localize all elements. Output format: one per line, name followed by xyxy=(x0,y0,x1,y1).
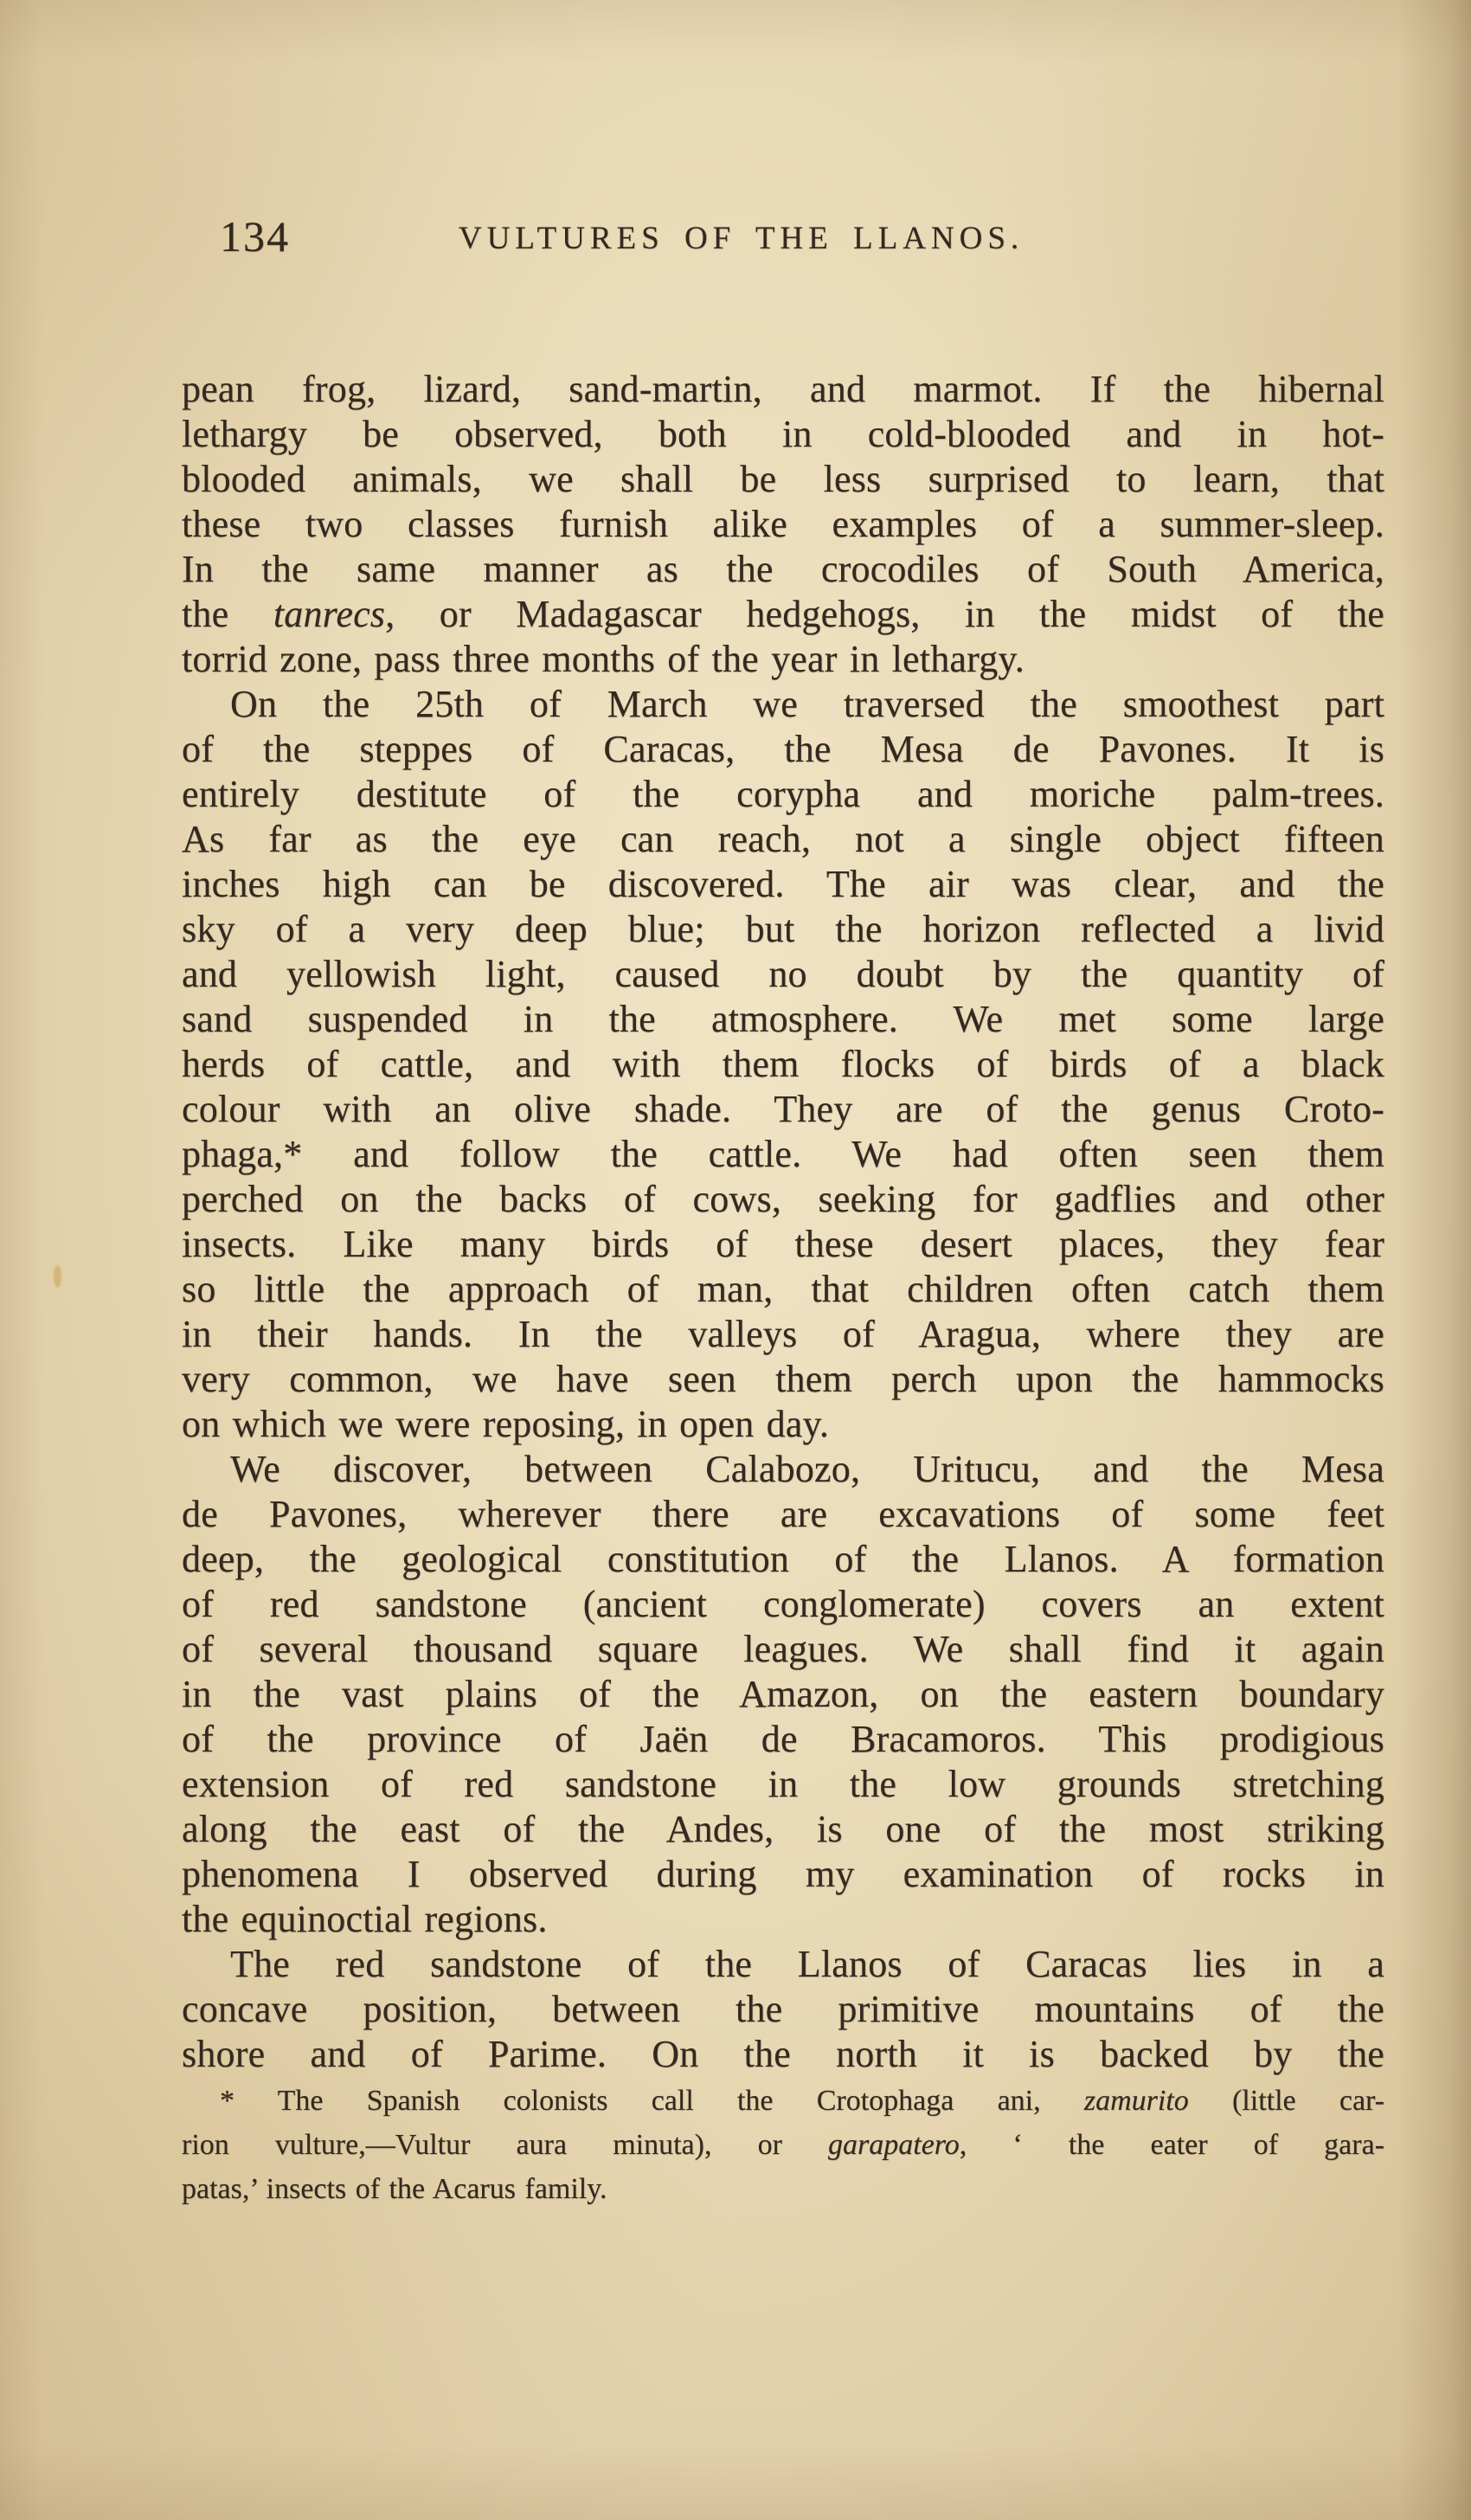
page-number: 134 xyxy=(220,215,290,258)
text-line: deep, the geological constitution of the… xyxy=(182,1537,1384,1582)
text-line: and yellowish light, caused no doubt by … xyxy=(182,952,1384,997)
text-line: the equinoctial regions. xyxy=(182,1897,1384,1942)
paragraph: pean frog, lizard, sand-martin, and marm… xyxy=(182,367,1384,682)
book-page-scan: 134 VULTURES OF THE LLANOS. pean frog, l… xyxy=(0,0,1471,2520)
text-line: in their hands. In the valleys of Aragua… xyxy=(182,1312,1384,1357)
text-line: torrid zone, pass three months of the ye… xyxy=(182,637,1384,682)
text-line: in the vast plains of the Amazon, on the… xyxy=(182,1672,1384,1717)
page-header: 134 VULTURES OF THE LLANOS. xyxy=(0,213,1471,261)
text-line: concave position, between the primitive … xyxy=(182,1987,1384,2032)
body-text: pean frog, lizard, sand-martin, and marm… xyxy=(182,367,1384,2077)
text-line: shore and of Parime. On the north it is … xyxy=(182,2032,1384,2077)
text-line: phaga,* and follow the cattle. We had of… xyxy=(182,1132,1384,1177)
text-line: the tanrecs, or Madagascar hedgehogs, in… xyxy=(182,592,1384,637)
text-line: of red sandstone (ancient conglomerate) … xyxy=(182,1582,1384,1627)
text-line: phenomena I observed during my examinati… xyxy=(182,1852,1384,1897)
text-line: In the same manner as the crocodiles of … xyxy=(182,547,1384,592)
text-line: sky of a very deep blue; but the horizon… xyxy=(182,907,1384,952)
text-line: of several thousand square leagues. We s… xyxy=(182,1627,1384,1672)
text-line: The red sandstone of the Llanos of Carac… xyxy=(182,1942,1384,1987)
text-line: herds of cattle, and with them flocks of… xyxy=(182,1042,1384,1087)
paragraph: We discover, between Calabozo, Uritucu, … xyxy=(182,1447,1384,1942)
text-line: blooded animals, we shall be less surpri… xyxy=(182,457,1384,502)
running-header-title: VULTURES OF THE LLANOS. xyxy=(459,222,1024,256)
text-line: de Pavones, wherever there are excavatio… xyxy=(182,1492,1384,1537)
text-line: entirely destitute of the corypha and mo… xyxy=(182,772,1384,817)
text-line: so little the approach of man, that chil… xyxy=(182,1267,1384,1312)
text-line: on which we were reposing, in open day. xyxy=(182,1402,1384,1447)
text-line: sand suspended in the atmosphere. We met… xyxy=(182,997,1384,1042)
paragraph: On the 25th of March we traversed the sm… xyxy=(182,682,1384,1447)
text-line: lethargy be observed, both in cold-blood… xyxy=(182,412,1384,457)
text-line: pean frog, lizard, sand-martin, and marm… xyxy=(182,367,1384,412)
text-line: of the steppes of Caracas, the Mesa de P… xyxy=(182,727,1384,772)
text-line: these two classes furnish alike examples… xyxy=(182,502,1384,547)
text-line: colour with an olive shade. They are of … xyxy=(182,1087,1384,1132)
text-line: inches high can be discovered. The air w… xyxy=(182,862,1384,907)
text-line: On the 25th of March we traversed the sm… xyxy=(182,682,1384,727)
paragraph: The red sandstone of the Llanos of Carac… xyxy=(182,1942,1384,2077)
text-line: We discover, between Calabozo, Uritucu, … xyxy=(182,1447,1384,1492)
text-line: patas,’ insects of the Acarus family. xyxy=(182,2167,1384,2211)
text-line: extension of red sandstone in the low gr… xyxy=(182,1762,1384,1807)
text-line: insects. Like many birds of these desert… xyxy=(182,1222,1384,1267)
text-line: along the east of the Andes, is one of t… xyxy=(182,1807,1384,1852)
text-line: * The Spanish colonists call the Crotoph… xyxy=(182,2079,1384,2123)
text-line: As far as the eye can reach, not a singl… xyxy=(182,817,1384,862)
text-line: rion vulture,—Vultur aura minuta), or ga… xyxy=(182,2123,1384,2167)
text-line: very common, we have seen them perch upo… xyxy=(182,1357,1384,1402)
text-line: of the province of Jaën de Bracamoros. T… xyxy=(182,1717,1384,1762)
footnote: * The Spanish colonists call the Crotoph… xyxy=(182,2079,1384,2211)
text-line: perched on the backs of cows, seeking fo… xyxy=(182,1177,1384,1222)
paper-speck xyxy=(54,1265,61,1288)
